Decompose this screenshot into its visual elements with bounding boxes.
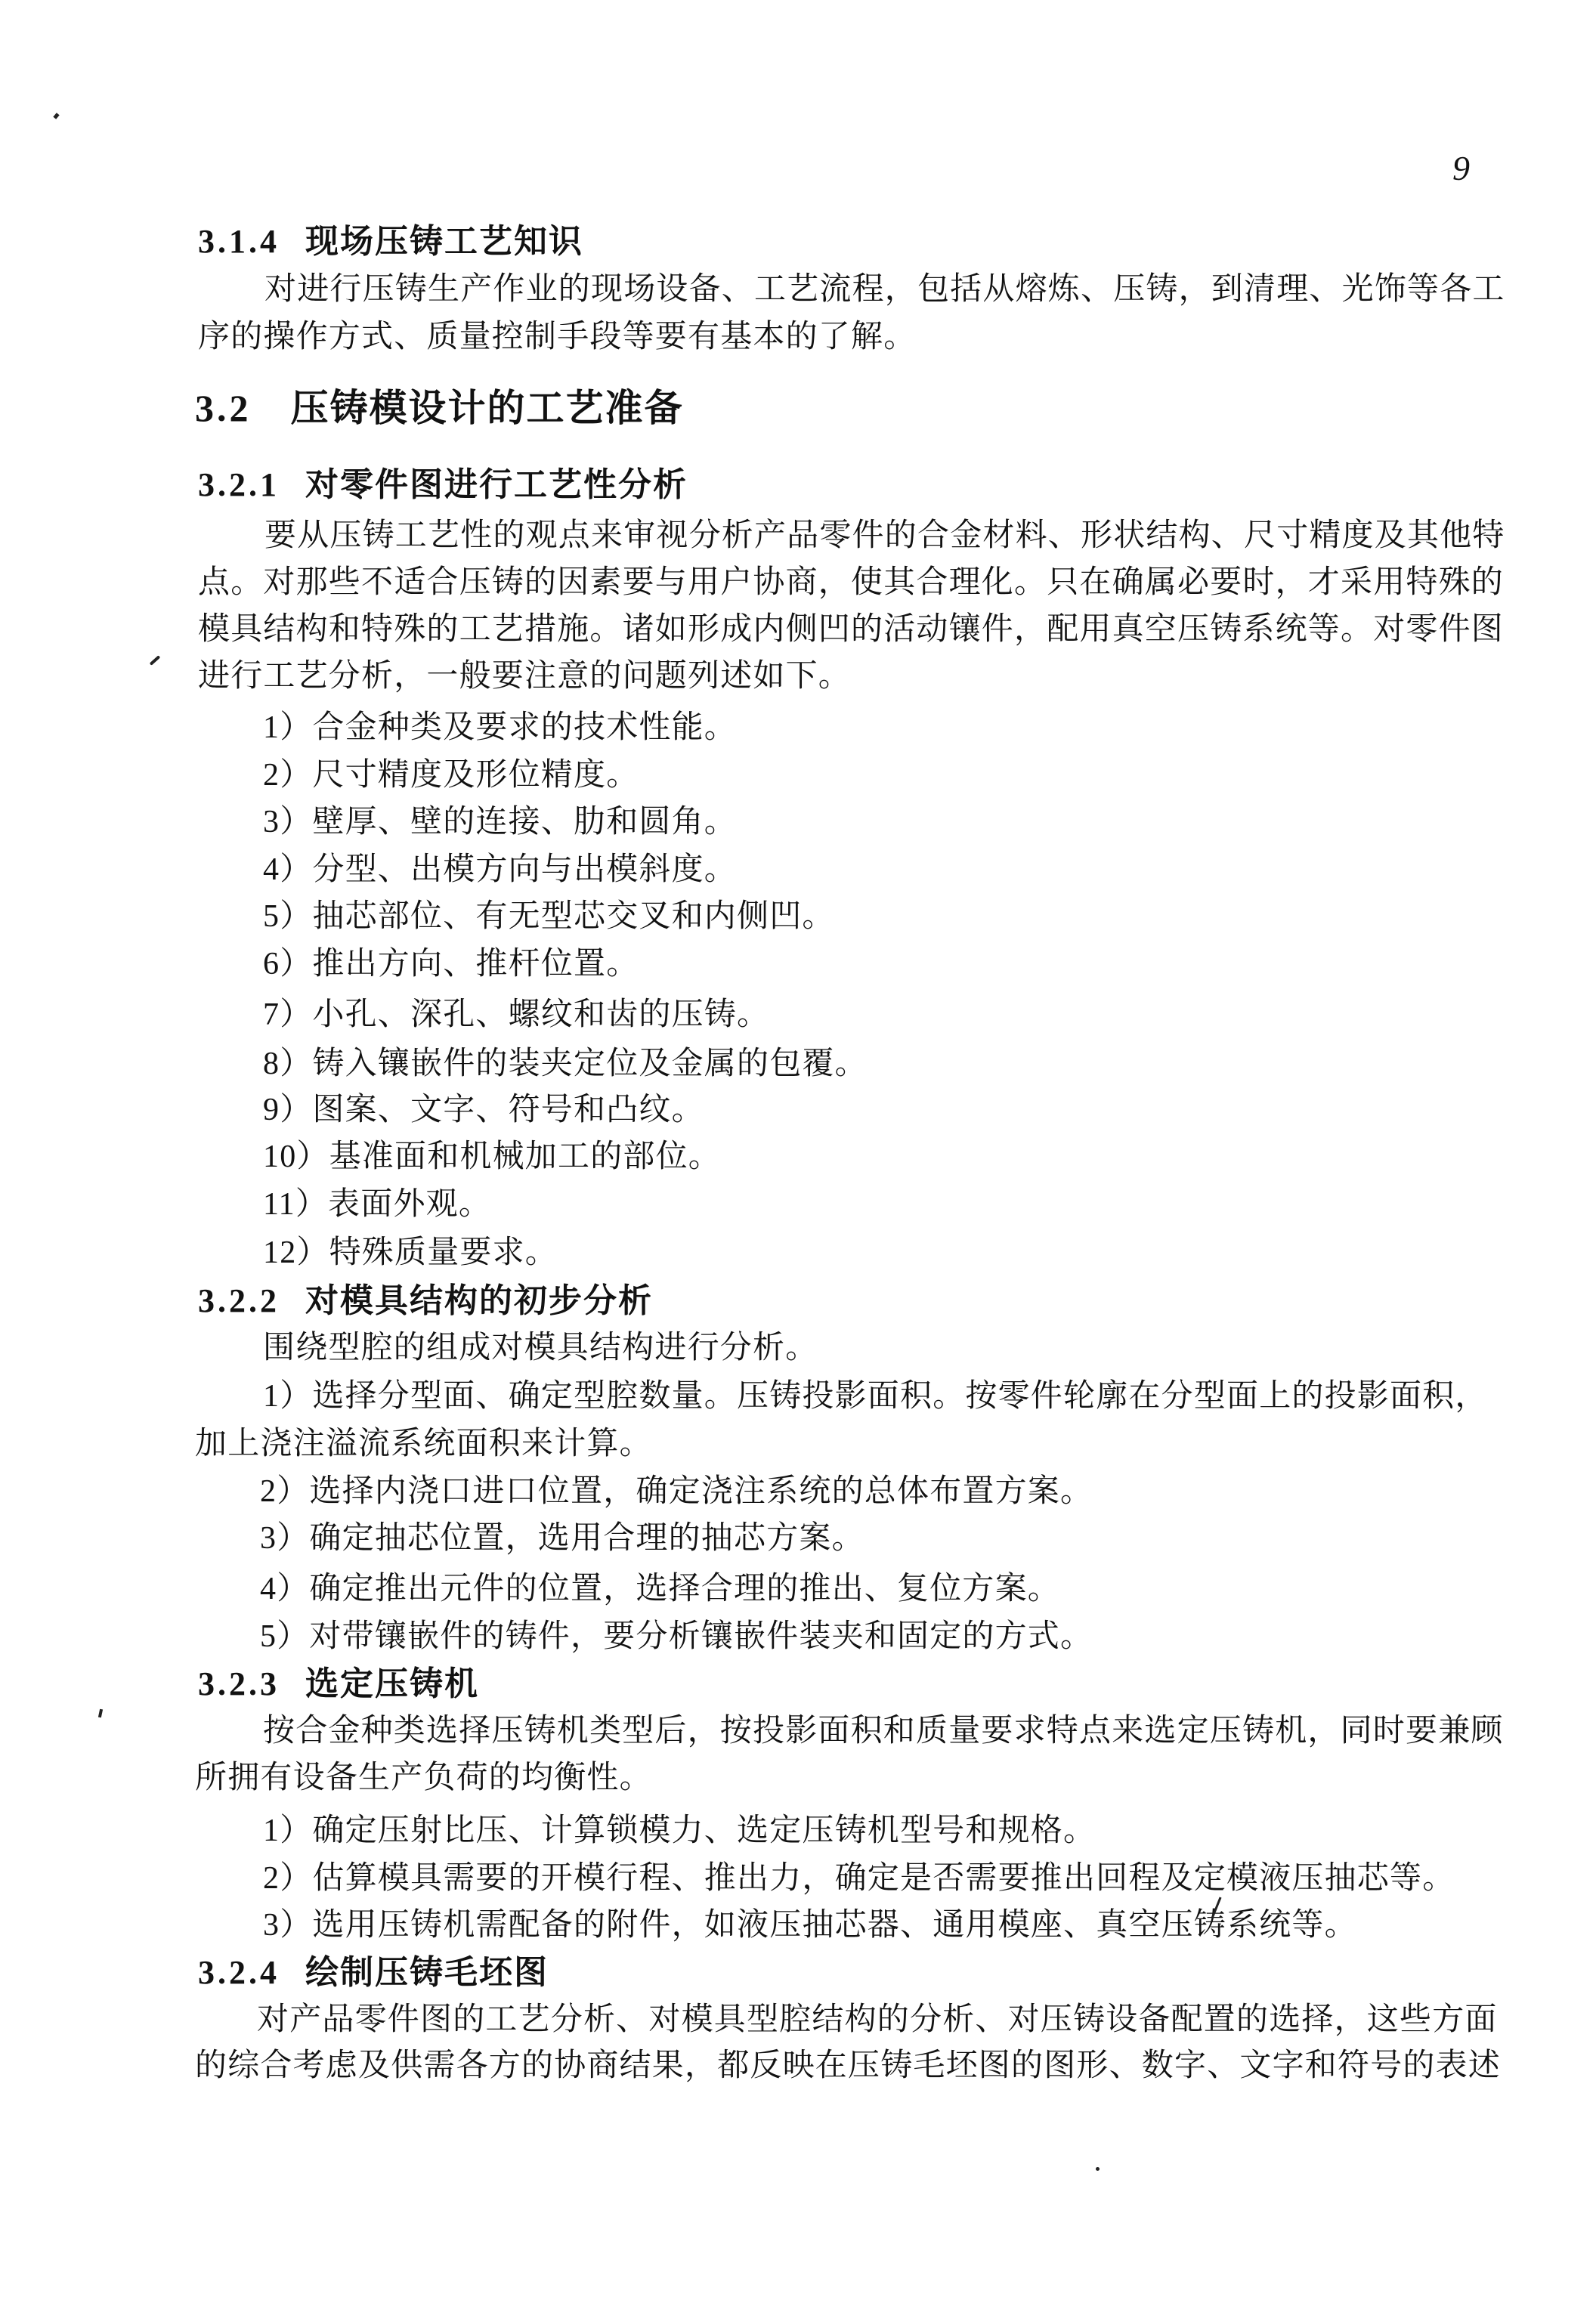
section-heading-3-2-3: 3.2.3选定压铸机 (198, 1668, 479, 1701)
list-item: 5）抽芯部位、有无型芯交叉和内侧凹。 (263, 901, 835, 932)
paragraph-line: 模具结构和特殊的工艺措施。诸如形成内侧凹的活动镶件，配用真空压铸系统等。对零件图 (198, 614, 1504, 645)
section-number: 3.2.3 (198, 1665, 280, 1702)
list-item: 1）合金种类及要求的技术性能。 (263, 712, 737, 744)
paragraph-line: 对产品零件图的工艺分析、对模具型腔结构的分析、对压铸设备配置的选择，这些方面 (257, 2004, 1498, 2036)
paragraph-line: 序的操作方式、质量控制手段等要有基本的了解。 (198, 321, 916, 353)
section-title: 选定压铸机 (305, 1665, 479, 1702)
paragraph-line: 对进行压铸生产作业的现场设备、工艺流程，包括从熔炼、压铸，到清理、光饰等各工 (264, 274, 1505, 305)
paragraph-line: 围绕型腔的组成对模具结构进行分析。 (263, 1332, 818, 1364)
list-item: 10）基准面和机械加工的部位。 (263, 1141, 721, 1173)
section-title: 压铸模设计的工艺准备 (291, 387, 684, 429)
list-item: 6）推出方向、推杆位置。 (263, 948, 639, 980)
section-heading-3-2-4: 3.2.4绘制压铸毛坯图 (198, 1956, 549, 1989)
ink-speck (150, 655, 161, 666)
list-item: 7）小孔、深孔、螺纹和齿的压铸。 (263, 999, 769, 1031)
list-item: 2）估算模具需要的开模行程、推出力，确定是否需要推出回程及定模液压抽芯等。 (263, 1863, 1455, 1894)
section-heading-3-1-4: 3.1.4现场压铸工艺知识 (198, 225, 583, 258)
ink-speck (98, 1709, 103, 1718)
list-item: 4）确定推出元件的位置，选择合理的推出、复位方案。 (260, 1573, 1060, 1605)
paragraph-line: 要从压铸工艺性的观点来审视分析产品零件的合金材料、形状结构、尺寸精度及其他特 (264, 520, 1505, 552)
section-title: 对模具结构的初步分析 (305, 1282, 653, 1319)
section-title: 现场压铸工艺知识 (305, 223, 583, 260)
paragraph-line: 的综合考虑及供需各方的协商结果，都反映在压铸毛坯图的图形、数字、文字和符号的表述 (195, 2050, 1501, 2082)
list-item: 1）选择分型面、确定型腔数量。压铸投影面积。按零件轮廓在分型面上的投影面积， (263, 1380, 1488, 1412)
section-number: 3.2.2 (198, 1282, 280, 1319)
paragraph-line: 进行工艺分析，一般要注意的问题列述如下。 (198, 660, 851, 692)
paragraph-line: 所拥有设备生产负荷的均衡性。 (195, 1762, 652, 1794)
paragraph-line: 点。对那些不适合压铸的因素要与用户协商，使其合理化。只在确属必要时，才采用特殊的 (198, 567, 1504, 598)
list-item: 12）特殊质量要求。 (263, 1237, 558, 1269)
paragraph-line: 按合金种类选择压铸机类型后，按投影面积和质量要求特点来选定压铸机，同时要兼顾 (263, 1715, 1504, 1747)
section-number: 3.1.4 (198, 223, 280, 260)
list-item: 2）选择内浇口进口位置，确定浇注系统的总体布置方案。 (260, 1476, 1093, 1507)
list-item: 2）尺寸精度及形位精度。 (263, 759, 639, 791)
list-item: 4）分型、出模方向与出模斜度。 (263, 854, 737, 886)
ink-speck (53, 113, 59, 119)
list-item: 3）壁厚、壁的连接、肋和圆角。 (263, 806, 737, 838)
list-item: 1）确定压射比压、计算锁模力、选定压铸机型号和规格。 (263, 1815, 1096, 1847)
list-item: 9）图案、文字、符号和凸纹。 (263, 1094, 704, 1126)
ink-speck (1096, 2167, 1100, 2171)
section-heading-3-2-1: 3.2.1对零件图进行工艺性分析 (198, 468, 688, 502)
page-number: 9 (1452, 151, 1470, 186)
section-title: 绘制压铸毛坯图 (305, 1954, 549, 1991)
list-item-continuation: 加上浇注溢流系统面积来计算。 (195, 1428, 652, 1460)
section-title: 对零件图进行工艺性分析 (305, 466, 688, 503)
section-heading-3-2: 3.2压铸模设计的工艺准备 (195, 389, 684, 427)
section-heading-3-2-2: 3.2.2对模具结构的初步分析 (198, 1285, 653, 1318)
list-item: 5）对带镶嵌件的铸件，要分析镶嵌件装夹和固定的方式。 (260, 1621, 1093, 1652)
scanned-book-page: 9 3.1.4现场压铸工艺知识 对进行压铸生产作业的现场设备、工艺流程，包括从熔… (0, 0, 1596, 2297)
list-item: 3）选用压铸机需配备的附件，如液压抽芯器、通用模座、真空压铸系统等。 (263, 1909, 1357, 1941)
section-number: 3.2.1 (198, 466, 280, 503)
section-number: 3.2.4 (198, 1954, 280, 1991)
list-item: 8）铸入镶嵌件的装夹定位及金属的包覆。 (263, 1048, 868, 1080)
list-item: 11）表面外观。 (263, 1189, 491, 1220)
list-item: 3）确定抽芯位置，选用合理的抽芯方案。 (260, 1523, 865, 1554)
section-number: 3.2 (195, 387, 252, 429)
